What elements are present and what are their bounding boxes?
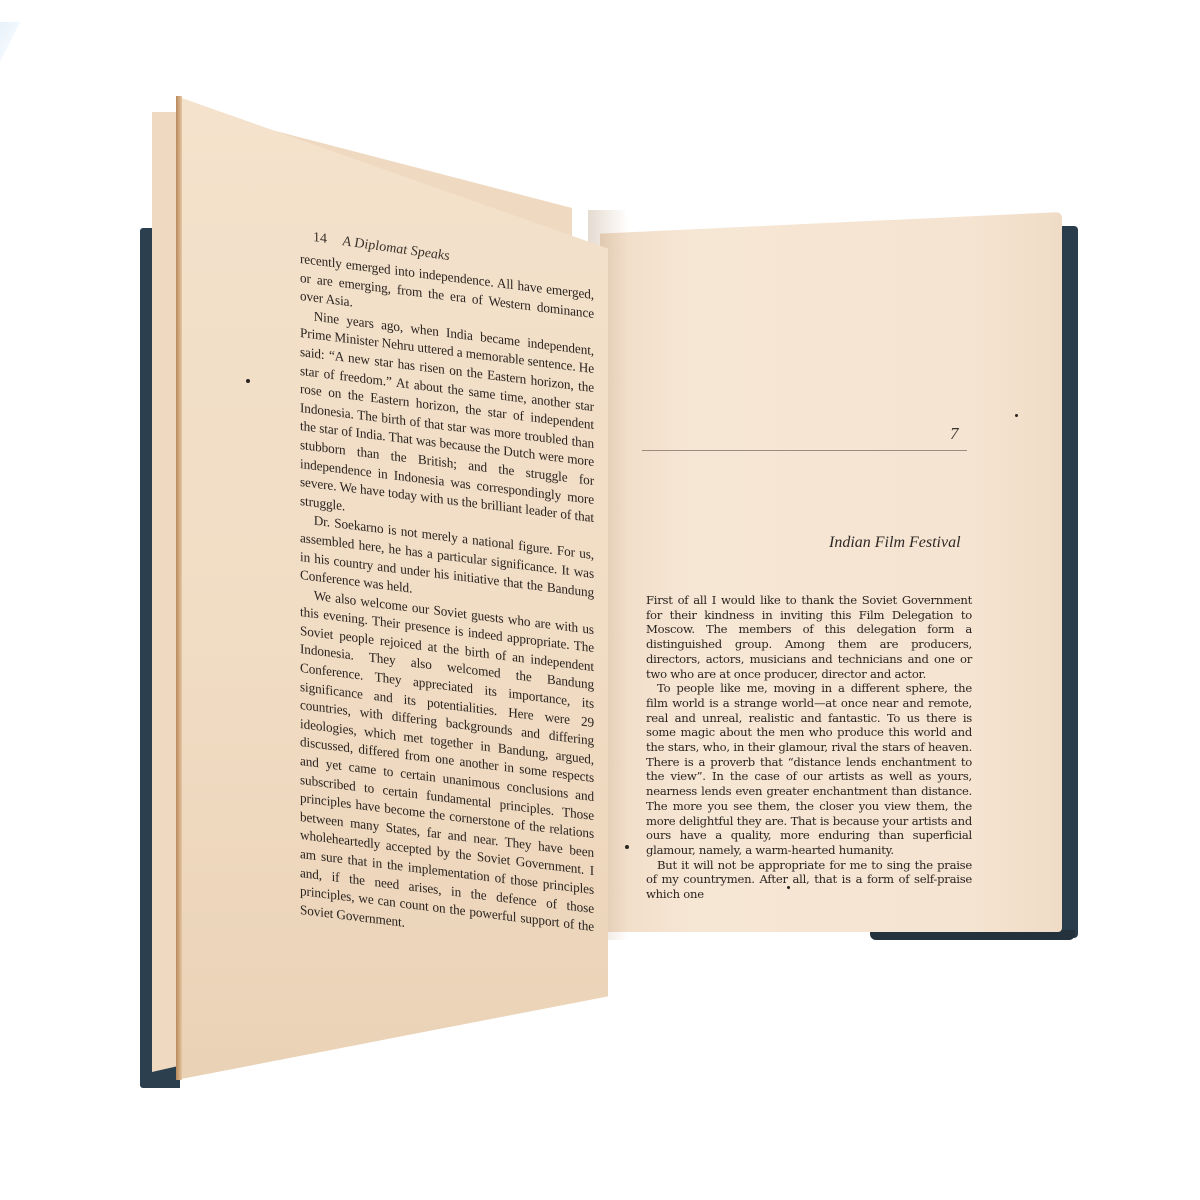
light-glare bbox=[0, 22, 20, 62]
chapter-divider bbox=[642, 450, 967, 451]
page-number: 14 bbox=[313, 230, 327, 247]
paper-speck bbox=[246, 379, 250, 383]
book-cover-right bbox=[1060, 226, 1078, 938]
paper-speck bbox=[625, 845, 629, 849]
paper-speck bbox=[1015, 414, 1018, 417]
right-page-text: First of all I would like to thank the S… bbox=[646, 593, 972, 902]
left-page-text: recently emerged into independence. All … bbox=[300, 250, 594, 955]
paragraph: To people like me, moving in a different… bbox=[646, 681, 972, 857]
paragraph: First of all I would like to thank the S… bbox=[646, 593, 972, 681]
chapter-title: Indian Film Festival bbox=[829, 534, 961, 552]
paper-speck bbox=[787, 886, 790, 889]
left-page-edge bbox=[176, 96, 182, 1080]
chapter-number: 7 bbox=[950, 424, 959, 444]
paragraph: Nine years ago, when India became indepe… bbox=[300, 306, 594, 547]
paragraph: We also welcome our Soviet guests who ar… bbox=[300, 585, 594, 956]
paragraph: But it will not be appropriate for me to… bbox=[646, 858, 972, 902]
